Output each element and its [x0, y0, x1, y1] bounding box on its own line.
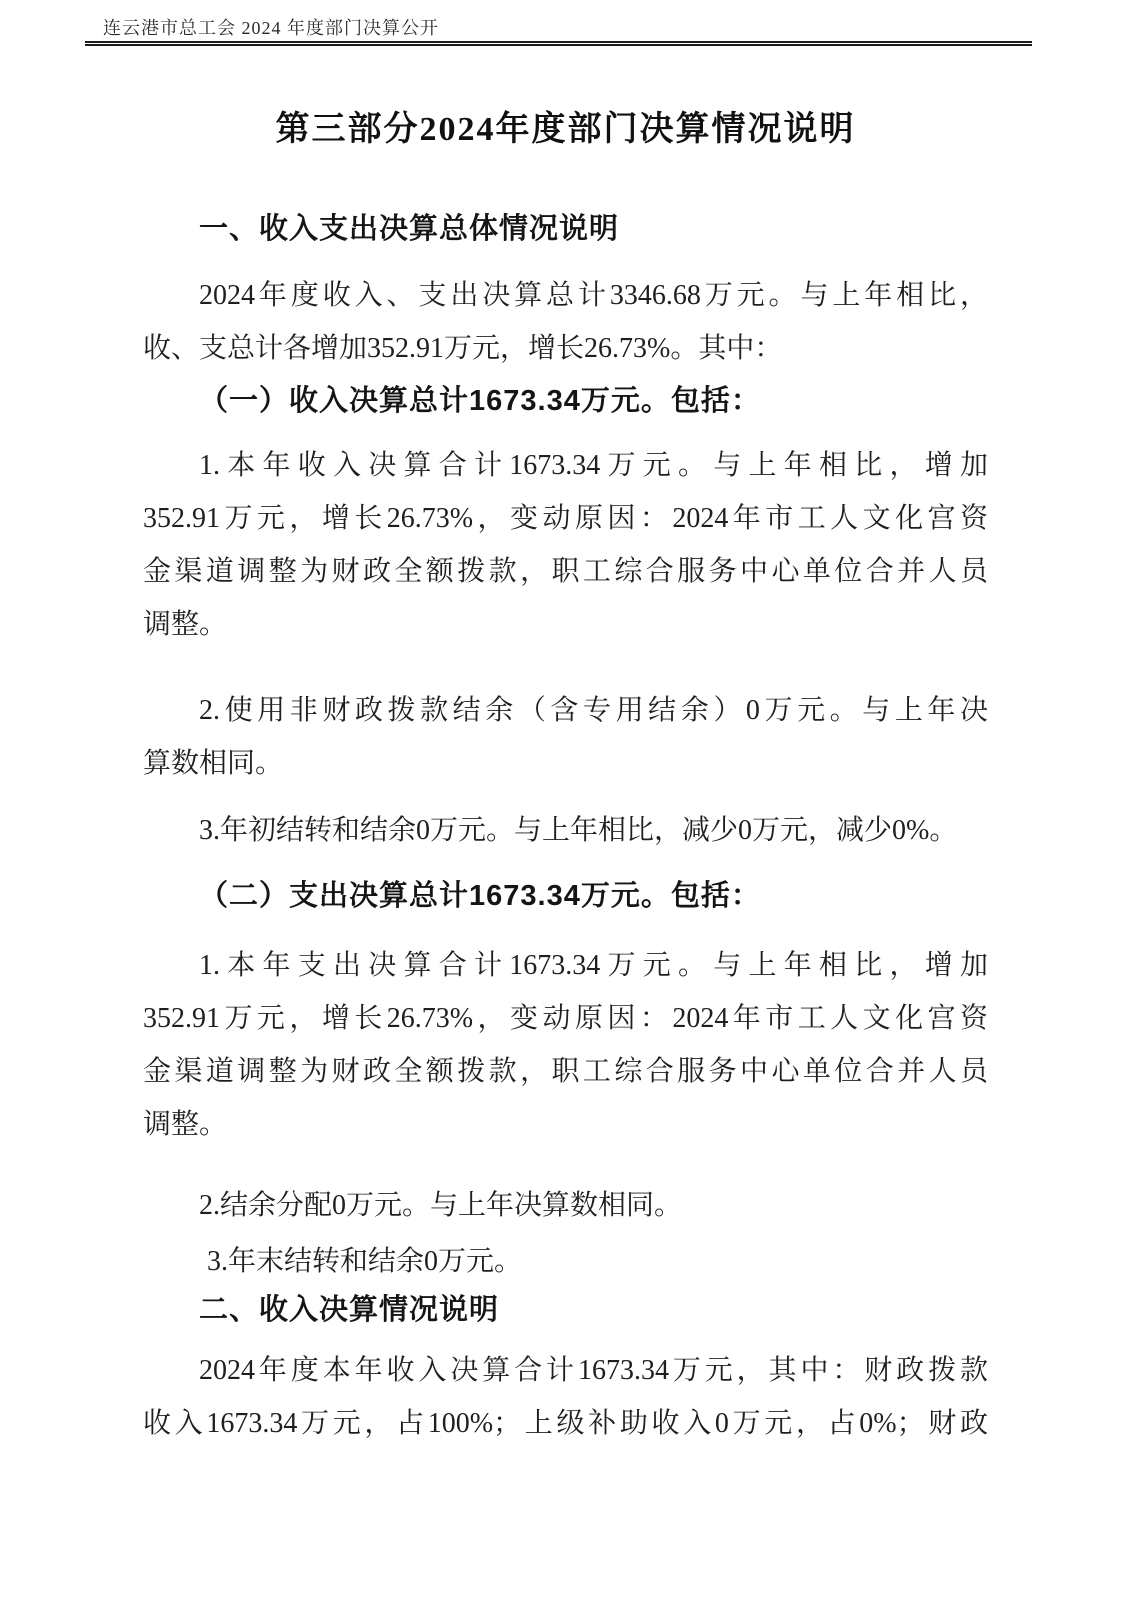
section-heading: （二）支出决算总计1673.34万元。包括：: [143, 874, 988, 918]
header-rule: [85, 41, 1032, 46]
document-body: 一、收入支出决算总体情况说明2024年度收入、支出决算总计3346.68万元。与…: [0, 207, 1131, 1450]
text-line: 调整。: [143, 598, 988, 651]
text-line: 2024年度本年收入决算合计1673.34万元，其中：财政拨款: [143, 1344, 988, 1397]
header-title: 连云港市总工会 2024 年度部门决算公开: [85, 17, 1032, 39]
text-line: 2.结余分配0万元。与上年决算数相同。: [143, 1179, 988, 1232]
section-heading: 一、收入支出决算总体情况说明: [143, 207, 988, 251]
text-line: 金渠道调整为财政全额拨款，职工综合服务中心单位合并人员: [143, 1045, 988, 1098]
text-line: 352.91万元，增长26.73%，变动原因：2024年市工人文化宫资: [143, 492, 988, 545]
paragraph: 2.结余分配0万元。与上年决算数相同。: [143, 1179, 988, 1232]
paragraph: 1.本年收入决算合计1673.34万元。与上年相比，增加352.91万元，增长2…: [143, 439, 988, 651]
text-line: 352.91万元，增长26.73%，变动原因：2024年市工人文化宫资: [143, 992, 988, 1045]
paragraph: 2.使用非财政拨款结余（含专用结余）0万元。与上年决算数相同。: [143, 684, 988, 790]
text-line: 2.使用非财政拨款结余（含专用结余）0万元。与上年决: [143, 684, 988, 737]
text-line: 算数相同。: [143, 737, 988, 790]
paragraph: 2024年度收入、支出决算总计3346.68万元。与上年相比，收、支总计各增加3…: [143, 269, 988, 375]
section-heading: （一）收入决算总计1673.34万元。包括：: [143, 379, 988, 423]
page-header: 连云港市总工会 2024 年度部门决算公开: [85, 17, 1032, 46]
paragraph: 2024年度本年收入决算合计1673.34万元，其中：财政拨款收入1673.34…: [143, 1344, 988, 1450]
text-line: 3.年初结转和结余0万元。与上年相比，减少0万元，减少0%。: [143, 804, 988, 857]
paragraph: 3.年末结转和结余0万元。: [143, 1235, 988, 1288]
paragraph: 3.年初结转和结余0万元。与上年相比，减少0万元，减少0%。: [143, 804, 988, 857]
text-line: 2024年度收入、支出决算总计3346.68万元。与上年相比，: [143, 269, 988, 322]
document-title: 第三部分2024年度部门决算情况说明: [0, 108, 1131, 152]
text-line: 金渠道调整为财政全额拨款，职工综合服务中心单位合并人员: [143, 545, 988, 598]
text-line: 3.年末结转和结余0万元。: [143, 1235, 988, 1288]
text-line: 收、支总计各增加352.91万元，增长26.73%。其中：: [143, 322, 988, 375]
text-line: 1.本年支出决算合计1673.34万元。与上年相比，增加: [143, 939, 988, 992]
document-page: 连云港市总工会 2024 年度部门决算公开 第三部分2024年度部门决算情况说明…: [0, 0, 1131, 1600]
paragraph: 1.本年支出决算合计1673.34万元。与上年相比，增加352.91万元，增长2…: [143, 939, 988, 1151]
text-line: 调整。: [143, 1098, 988, 1151]
text-line: 收入1673.34万元，占100%；上级补助收入0万元，占0%；财政: [143, 1397, 988, 1450]
section-heading: 二、收入决算情况说明: [143, 1288, 988, 1332]
text-line: 1.本年收入决算合计1673.34万元。与上年相比，增加: [143, 439, 988, 492]
